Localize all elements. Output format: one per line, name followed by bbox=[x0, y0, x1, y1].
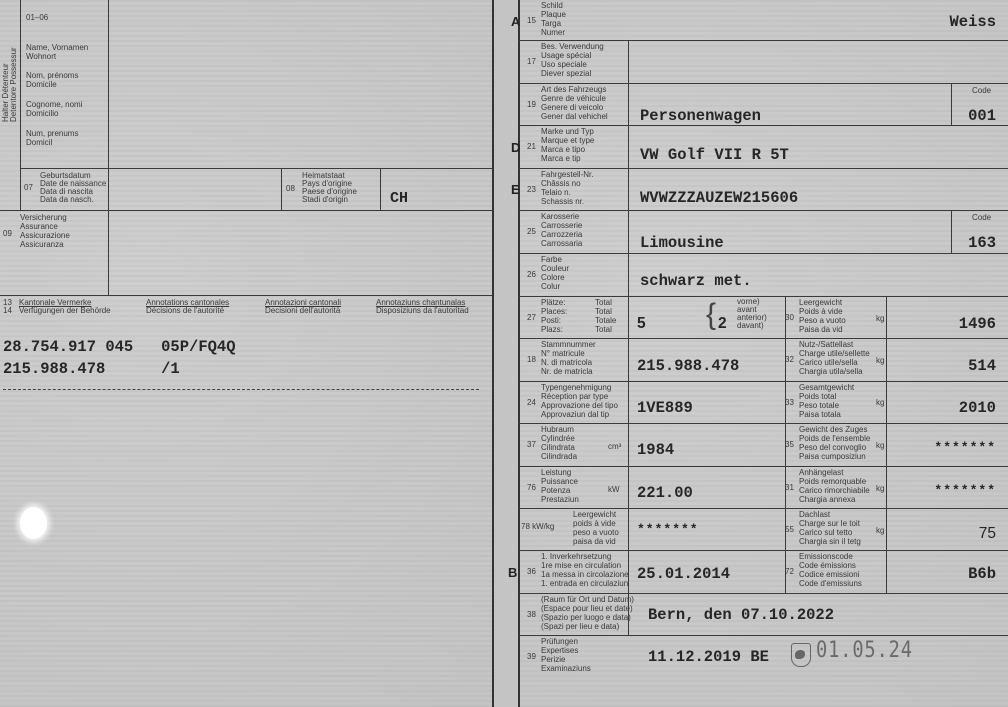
field-number: 09 bbox=[3, 229, 12, 238]
field-label: Wohnort bbox=[26, 53, 56, 62]
divider bbox=[20, 0, 21, 210]
field-label: Stadi d'origin bbox=[302, 196, 348, 205]
annotations-header: Verfügungen der Behörde bbox=[19, 307, 111, 316]
annotations-header: Décisions de l'autorité bbox=[146, 307, 224, 316]
field-label: Domicil bbox=[26, 139, 52, 148]
field-number: 01–06 bbox=[26, 14, 48, 23]
divider bbox=[380, 168, 381, 210]
annotation-line: 215.988.478 /1 bbox=[3, 360, 180, 378]
country-of-origin-value: CH bbox=[390, 190, 408, 207]
page-gutter bbox=[494, 0, 518, 707]
left-page: Halter Détenteur Detentore Possessur 01–… bbox=[0, 0, 494, 707]
field-label: Domicile bbox=[26, 81, 57, 90]
divider bbox=[20, 168, 492, 169]
field-number: 08 bbox=[286, 184, 295, 193]
field-label: Data da nasch. bbox=[40, 196, 94, 205]
divider bbox=[281, 168, 282, 210]
divider bbox=[0, 210, 492, 211]
divider bbox=[108, 0, 109, 295]
field-label: Domicilio bbox=[26, 110, 58, 119]
light-glare bbox=[20, 507, 47, 539]
annotations-header: Disposiziuns da l'autoritad bbox=[376, 307, 469, 316]
dashed-separator bbox=[3, 389, 479, 390]
divider bbox=[0, 295, 492, 296]
annotations-header: Decisioni dell'autorità bbox=[265, 307, 340, 316]
right-page bbox=[518, 0, 1008, 707]
holder-label: Detentore Possessur bbox=[10, 47, 18, 122]
field-label: Assicuranza bbox=[20, 241, 64, 250]
field-number: 07 bbox=[24, 183, 33, 192]
field-number: 14 bbox=[3, 307, 12, 316]
annotation-line: 28.754.917 045 05P/FQ4Q bbox=[3, 338, 236, 356]
